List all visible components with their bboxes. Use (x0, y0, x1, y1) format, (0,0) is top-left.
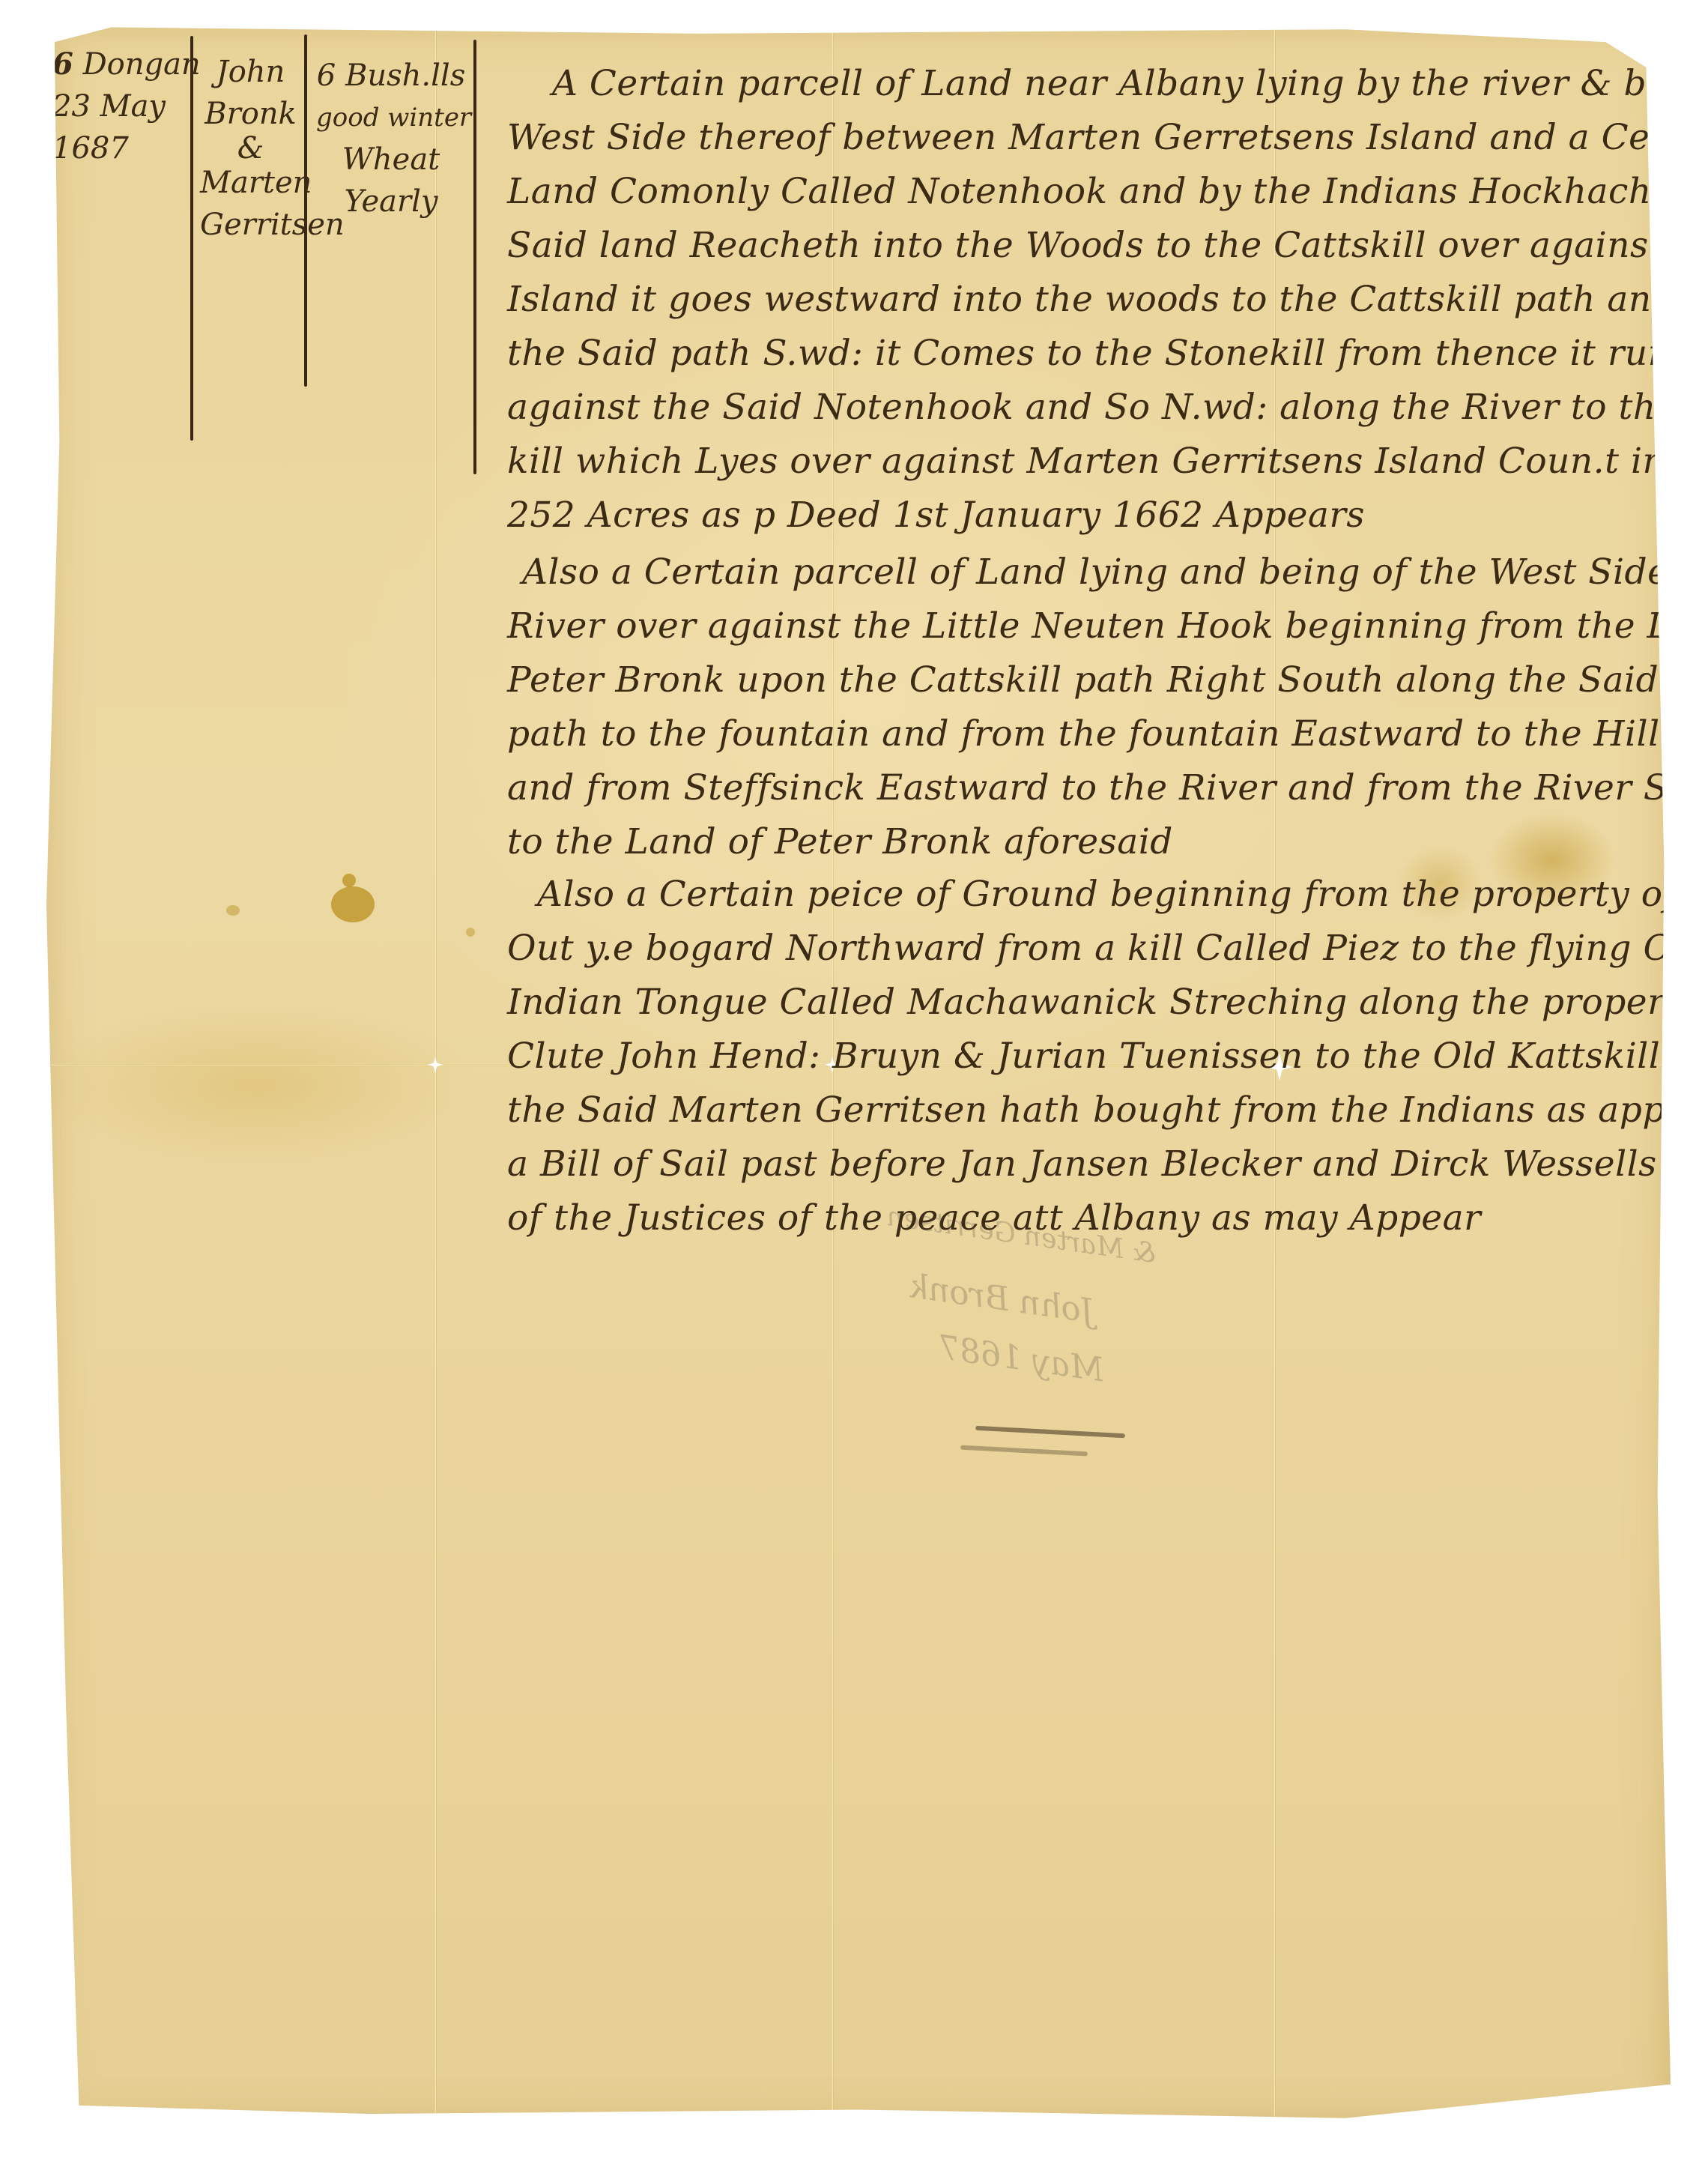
paragraph-1: A Certain parcell of Land near Albany ly… (507, 57, 1708, 542)
column-rule (473, 40, 476, 474)
ink-stain (226, 905, 240, 916)
entry-number: 6 (52, 46, 73, 82)
text-line: Island it goes westward into the woods t… (507, 273, 1708, 327)
paragraph-3: Also a Certain peice of Ground beginning… (507, 868, 1708, 1245)
ink-stain (342, 874, 356, 887)
text-line: a Bill of Sail past before Jan Jansen Bl… (507, 1137, 1708, 1191)
reverse-endorsement: May 1687 (936, 1329, 1106, 1389)
text-line: West Side thereof between Marten Gerrets… (507, 111, 1708, 165)
text-line: Said land Reacheth into the Woods to the… (507, 219, 1708, 273)
text-line: kill which Lyes over against Marten Gerr… (507, 435, 1708, 489)
text-line: the Said Marten Gerritsen hath bought fr… (507, 1083, 1708, 1137)
text-line: Land Comonly Called Notenhook and by the… (507, 165, 1708, 219)
text-line: path to the fountain and from the founta… (507, 707, 1708, 761)
text-line: and from Steffsinck Eastward to the Rive… (507, 761, 1708, 815)
text-line: the Said path S.wd: it Comes to the Ston… (507, 327, 1708, 381)
text-line: to the Land of Peter Bronk aforesaid (507, 815, 1708, 869)
reverse-pen-stroke (960, 1445, 1088, 1457)
margin-quitrent: 6 Bush.lls good winter Wheat Yearly (316, 55, 466, 223)
text-line: River over against the Little Neuten Hoo… (507, 599, 1708, 653)
margin-grantees: John Bronk & Marten Gerritsen (200, 51, 301, 246)
paragraph-2: Also a Certain parcell of Land lying and… (507, 545, 1708, 869)
manuscript-page: 6 Dongan 23 May 1687 John Bronk & Marten… (46, 21, 1671, 2127)
margin-grant-date: 6 Dongan 23 May 1687 (52, 43, 201, 169)
text-line: Also a Certain peice of Ground beginning… (507, 868, 1708, 922)
ink-stain (331, 886, 375, 922)
text-line: Indian Tongue Called Machawanick Strechi… (507, 976, 1708, 1030)
text-line: Clute John Hend: Bruyn & Jurian Tuenisse… (507, 1030, 1708, 1083)
text-line: Out y.e bogard Northward from a kill Cal… (507, 922, 1708, 976)
text-line: against the Said Notenhook and So N.wd: … (507, 381, 1708, 435)
fold-hole (427, 1057, 443, 1073)
text-line: Peter Bronk upon the Cattskill path Righ… (507, 653, 1708, 707)
text-line: Also a Certain parcell of Land lying and… (507, 545, 1708, 599)
text-line: 252 Acres as p Deed 1st January 1662 App… (507, 489, 1708, 542)
text-line: A Certain parcell of Land near Albany ly… (507, 57, 1708, 111)
fold-line (434, 21, 437, 2127)
ink-stain (466, 928, 475, 937)
reverse-pen-stroke (975, 1426, 1125, 1438)
reverse-endorsement: John Bronk (906, 1267, 1097, 1331)
